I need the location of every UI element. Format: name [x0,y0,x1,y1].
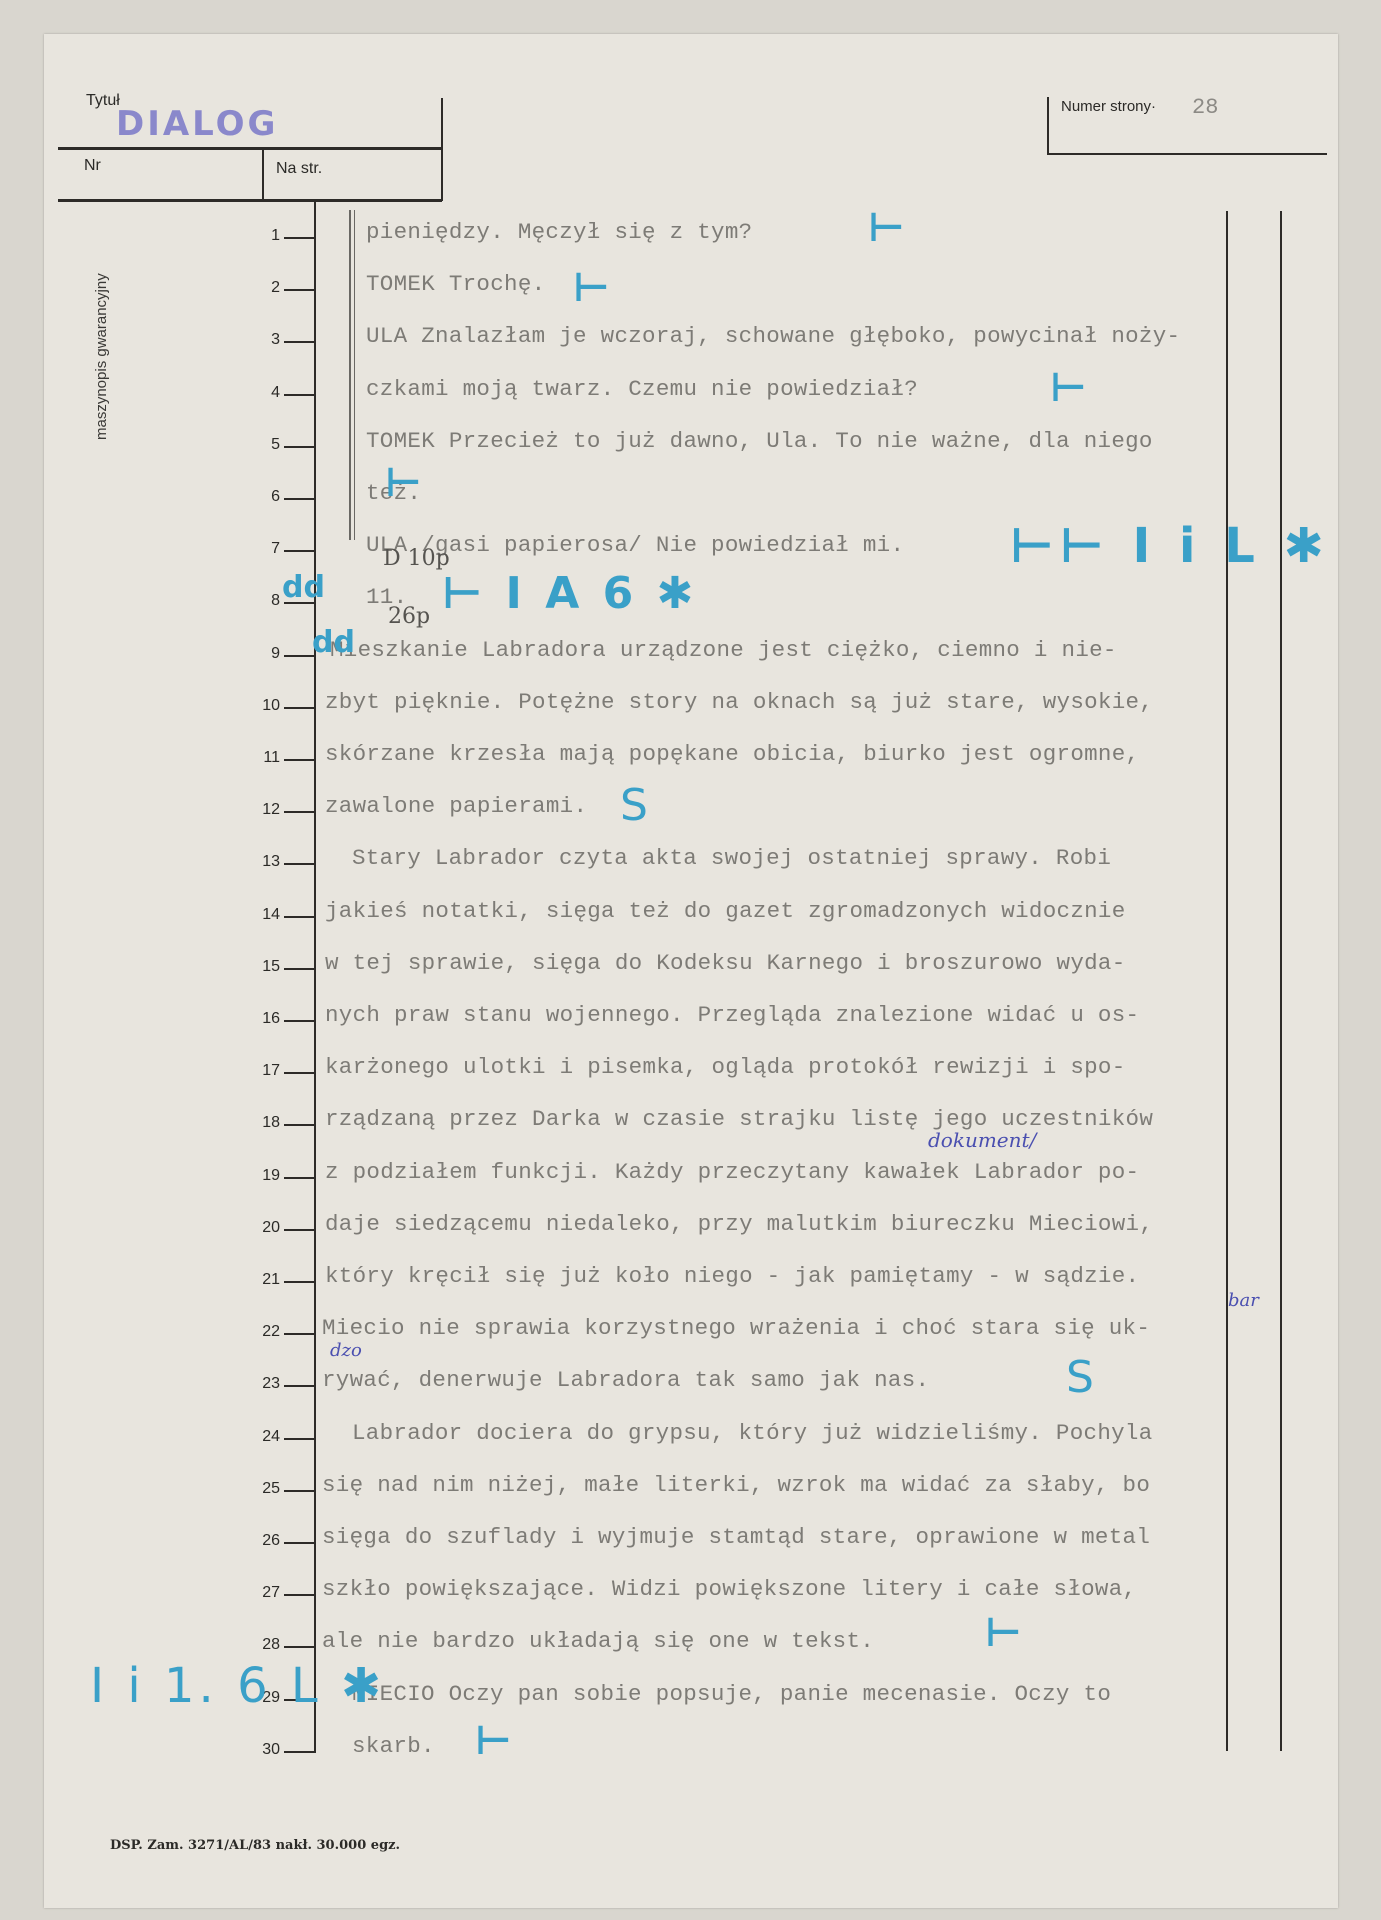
typed-line: ale nie bardzo układają się one w tekst. [322,1628,874,1654]
typed-line: zawalone papierami. [325,793,587,819]
cut-mark-28: ⊢ [985,1610,1022,1656]
line-tick [284,1072,316,1074]
line-tick [284,863,316,865]
line-tick [284,394,316,396]
page-box-left [1047,97,1049,154]
s-mark-23: S [1066,1352,1094,1403]
line-tick [284,289,316,291]
line-tick [284,968,316,970]
line-number: 6 [240,488,280,506]
header-rule-divider [262,148,264,200]
insert-dokument: dokument/ [928,1128,1036,1152]
insert-bracket-line-2 [354,210,355,540]
line-tick [284,1281,316,1283]
line-number: 27 [240,1584,280,1602]
line-number: 21 [240,1271,280,1289]
line-number: 25 [240,1480,280,1498]
line-tick [284,1020,316,1022]
line-tick [284,1333,316,1335]
typed-line: pieniędzy. Męczył się z tym? [366,219,752,245]
cut-mark-2: ⊢ [573,265,610,311]
right-margin-line-2 [1280,211,1282,1751]
line-tick [284,707,316,709]
line-number: 12 [240,801,280,819]
line-number: 22 [240,1323,280,1341]
typed-line: MIECIO Oczy pan sobie popsuje, panie mec… [352,1681,1111,1707]
line-number: 5 [240,436,280,454]
typed-line: Miecio nie sprawia korzystnego wrażenia … [322,1315,1150,1341]
s-mark-12: S [620,780,648,831]
typed-line: skarb. [352,1733,435,1759]
typed-line: który kręcił się już koło niego - jak pa… [325,1263,1139,1289]
typed-line: daje siedzącemu niedaleko, przy malutkim… [325,1211,1153,1237]
na-str-label: Na str. [276,160,322,178]
cut-mark-1: ⊢ [868,205,905,251]
header-rule-right [441,98,443,201]
line-tick [284,1177,316,1179]
line-tick [284,498,316,500]
line-number: 20 [240,1219,280,1237]
insert-bracket-line [349,210,351,540]
line-number: 19 [240,1167,280,1185]
line-tick [284,550,316,552]
line-tick [284,1385,316,1387]
line-number: 18 [240,1114,280,1132]
page-box-bottom [1047,153,1327,155]
title-stamp: DIALOG [116,104,278,144]
typed-line: z podziałem funkcji. Każdy przeczytany k… [325,1159,1139,1185]
typed-line: Stary Labrador czyta akta swojej ostatni… [352,845,1111,871]
line-tick [284,237,316,239]
line8-pencil-bottom: 26p [388,604,430,629]
typed-line: TOMEK Trochę. [366,271,545,297]
line8-marks: ⊢ I A 6 ✱ [442,568,697,619]
dd-mark-9: dd [312,625,355,660]
line-number: 1 [240,227,280,245]
typed-line: Mieszkanie Labradora urządzone jest cięż… [330,637,1117,663]
line8-pencil-top: D 10p [383,546,450,571]
cut-mark-6: ⊢ [385,460,422,506]
line-tick [284,1646,316,1648]
typed-line: sięga do szuflady i wyjmuje stamtąd star… [322,1524,1150,1550]
line-number: 26 [240,1532,280,1550]
line-number: 4 [240,384,280,402]
nr-label: Nr [84,157,101,175]
line7-marks: ⊢⊢ I i L ✱ [1010,518,1330,574]
side-label: maszynopis gwarancyjny [93,273,110,440]
title-label: Tytuł [86,92,120,110]
line-tick [284,1229,316,1231]
line-tick [284,341,316,343]
line-number: 23 [240,1375,280,1393]
page-number-label: Numer strony· [1061,98,1156,115]
line-number: 30 [240,1741,280,1759]
line-number: 7 [240,540,280,558]
typed-line: szkło powiększające. Widzi powiększone l… [322,1576,1136,1602]
line-tick [284,811,316,813]
typed-line: się nad nim niżej, małe literki, wzrok m… [322,1472,1150,1498]
line-tick [284,916,316,918]
typed-line: Labrador dociera do grypsu, który już wi… [352,1420,1153,1446]
print-footer: DSP. Zam. 3271/AL/83 nakł. 30.000 egz. [110,1838,400,1853]
line-tick [284,1490,316,1492]
line-number: 3 [240,331,280,349]
typed-line: skórzane krzesła mają popękane obicia, b… [325,741,1139,767]
line-number: 13 [240,853,280,871]
header-rule-top [58,147,442,150]
typed-line: ULA Znalazłam je wczoraj, schowane głębo… [366,323,1180,349]
line-tick [284,1751,316,1753]
line-tick [284,1124,316,1126]
insert-bar: bar [1228,1290,1259,1311]
right-margin-line-1 [1226,211,1228,1751]
line-tick [284,1542,316,1544]
line-number: 2 [240,279,280,297]
line-number: 16 [240,1010,280,1028]
typed-line: TOMEK Przecież to już dawno, Ula. To nie… [366,428,1153,454]
line-tick [284,759,316,761]
insert-dzo: dzo [330,1340,362,1361]
typed-line: rywać, denerwuje Labradora tak samo jak … [322,1367,929,1393]
cut-mark-30: ⊢ [475,1718,512,1764]
line-number: 8 [240,592,280,610]
line-number: 11 [240,749,280,767]
line-tick [284,446,316,448]
line-number: 28 [240,1636,280,1654]
line29-marks: I i 1. 6 L ✱ [90,1658,385,1714]
line-tick [284,1594,316,1596]
typed-line: karżonego ulotki i pisemka, ogląda proto… [325,1054,1126,1080]
cut-mark-4: ⊢ [1050,365,1087,411]
typed-line: jakieś notatki, sięga też do gazet zgrom… [325,898,1126,924]
line-number: 9 [240,645,280,663]
typed-line: nych praw stanu wojennego. Przegląda zna… [325,1002,1139,1028]
line-number: 17 [240,1062,280,1080]
page-number-value: 28 [1192,95,1218,120]
header-rule-bottom [58,199,442,202]
line-number: 15 [240,958,280,976]
line-number: 10 [240,697,280,715]
line-number: 14 [240,906,280,924]
typed-line: zbyt pięknie. Potężne story na oknach są… [325,689,1153,715]
ruler-line [314,200,316,1752]
line-number: 24 [240,1428,280,1446]
typed-line: czkami moją twarz. Czemu nie powiedział? [366,376,918,402]
dd-mark-8: dd [282,570,325,605]
line-tick [284,1438,316,1440]
typed-line: w tej sprawie, sięga do Kodeksu Karnego … [325,950,1126,976]
